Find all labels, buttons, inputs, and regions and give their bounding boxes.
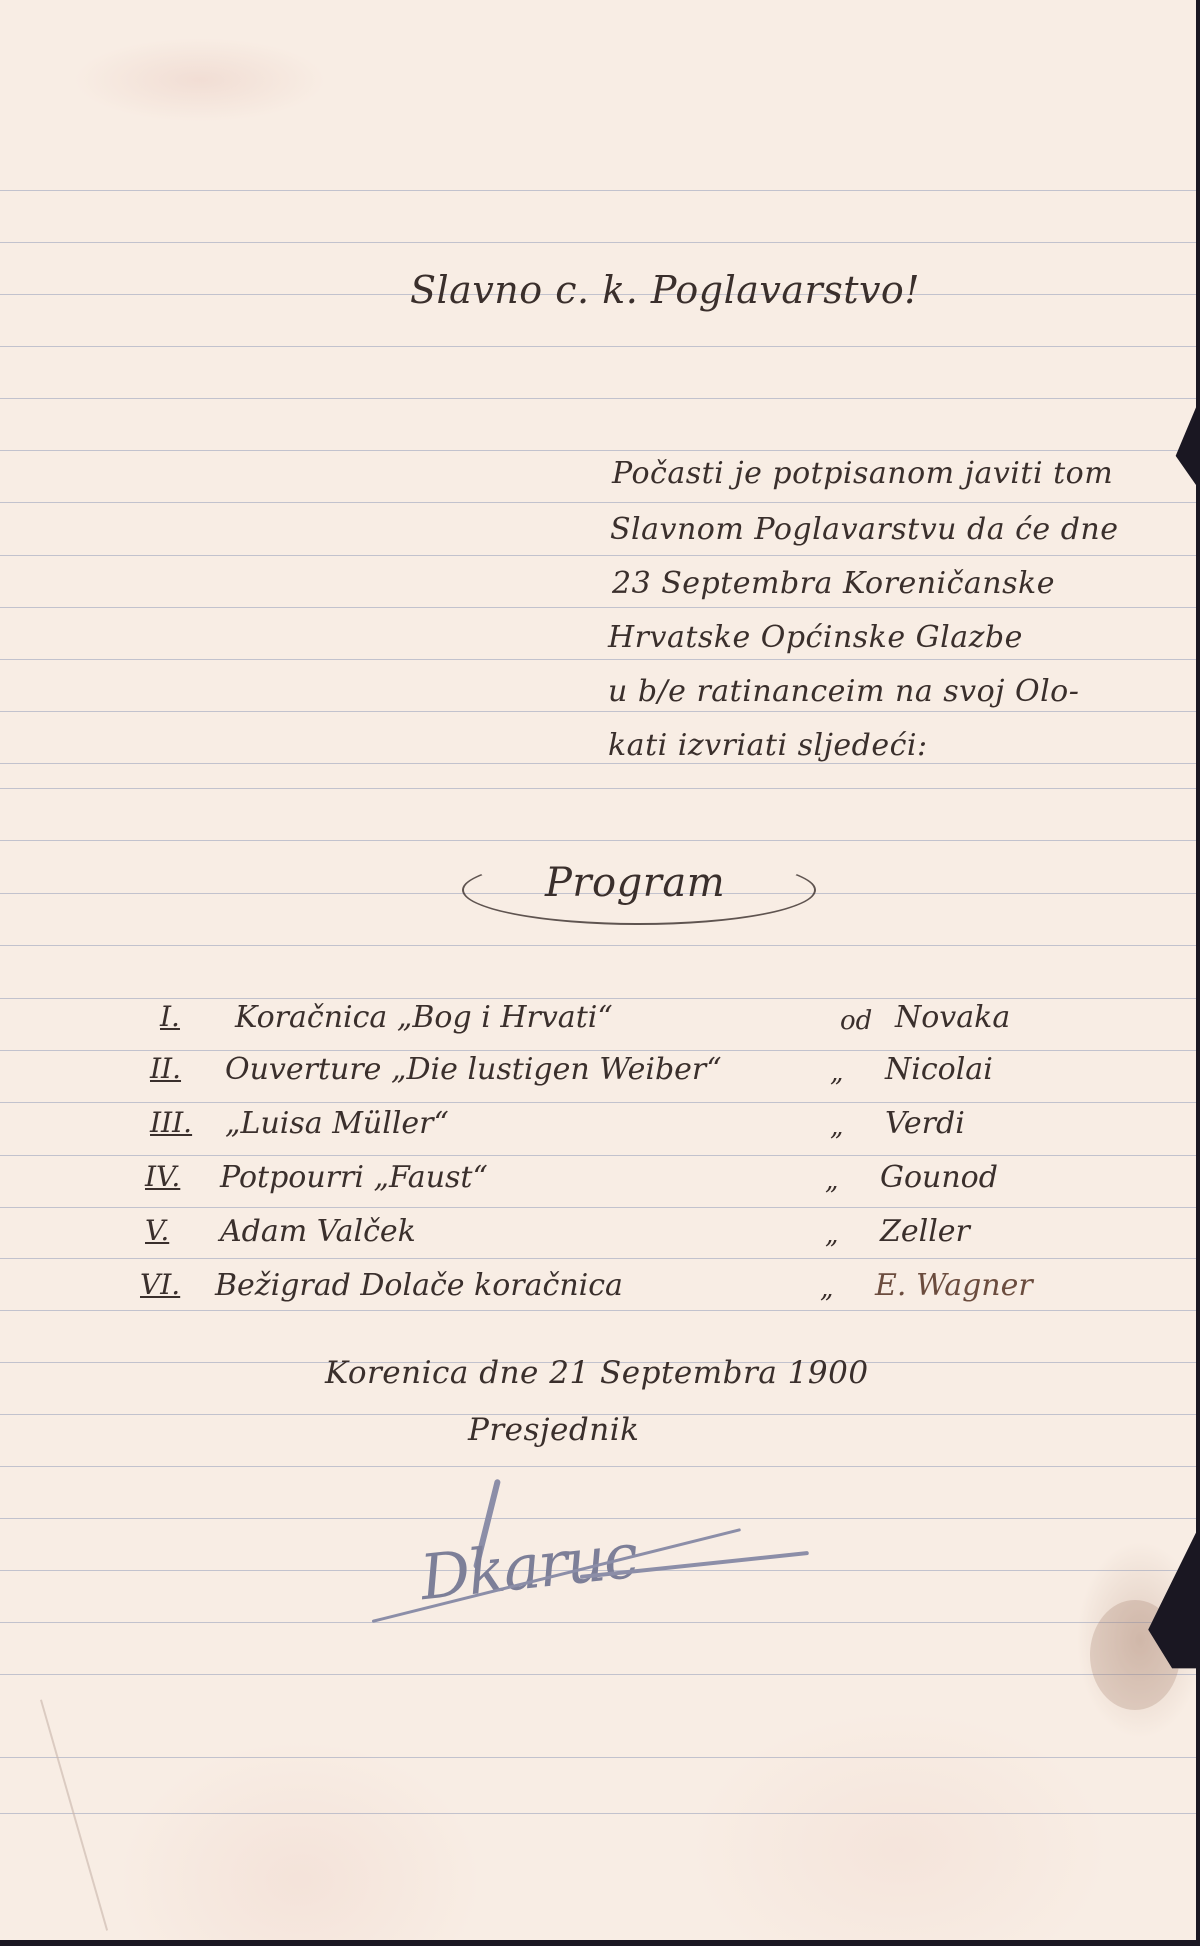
program-item-title: Potpourri „Faust“ (220, 1160, 488, 1195)
program-item-ditto: „ (830, 1058, 843, 1088)
program-item-number: IV. (145, 1160, 180, 1193)
program-item-ditto: „ (820, 1274, 833, 1304)
program-item-title: Adam Valček (220, 1214, 416, 1249)
program-item-title: Ouverture „Die lustigen Weiber“ (225, 1052, 722, 1087)
program-item-title: Koračnica „Bog i Hrvati“ (235, 1000, 613, 1035)
body-line: 23 Septembra Koreničanske (612, 566, 1055, 601)
paper-fold-crease (40, 1699, 108, 1930)
program-item-composer: Novaka (895, 1000, 1010, 1035)
program-item-composer: Nicolai (885, 1052, 993, 1087)
body-line: u b/e ratinanceim na svoj Olo- (608, 674, 1079, 709)
program-title: Program (495, 860, 775, 906)
program-item: V. Adam Valček „ Zeller (145, 1214, 1065, 1266)
damage-stain (1090, 1600, 1180, 1710)
program-item-number: V. (145, 1214, 169, 1247)
program-item-number: II. (150, 1052, 181, 1085)
program-item-number: III. (150, 1106, 192, 1139)
program-item-ditto: „ (830, 1112, 843, 1142)
program-item: II. Ouverture „Die lustigen Weiber“ „ Ni… (150, 1052, 1070, 1104)
body-line: Hrvatske Općinske Glazbe (608, 620, 1023, 655)
program-item-title: „Luisa Müller“ (225, 1106, 449, 1141)
program-item-composer: Gounod (880, 1160, 998, 1195)
program-item-number: I. (160, 1000, 180, 1033)
document-page: Slavno c. k. Poglavarstvo! Počasti je po… (0, 0, 1196, 1940)
program-item-ditto: „ (825, 1220, 838, 1250)
program-item-composer: Zeller (880, 1214, 970, 1249)
salutation: Slavno c. k. Poglavarstvo! (410, 268, 920, 312)
program-item: VI. Bežigrad Dolače koračnica „ E. Wagne… (140, 1268, 1060, 1320)
program-item: IV. Potpourri „Faust“ „ Gounod (145, 1160, 1065, 1212)
program-item-ditto: „ (825, 1166, 838, 1196)
program-item-ditto: od (840, 1006, 872, 1036)
signatory-role: Presjednik (468, 1412, 639, 1448)
body-line: Počasti je potpisanom javiti tom (612, 456, 1113, 491)
body-line: kati izvriati sljedeći: (608, 728, 928, 763)
place-date-line: Korenica dne 21 Septembra 1900 (325, 1355, 869, 1391)
program-item-title: Bežigrad Dolače koračnica (215, 1268, 623, 1303)
program-item-number: VI. (140, 1268, 180, 1301)
program-item-composer: E. Wagner (875, 1268, 1033, 1303)
program-item: I. Koračnica „Bog i Hrvati“ od Novaka (160, 1000, 1080, 1052)
program-item-composer: Verdi (885, 1106, 965, 1141)
body-line: Slavnom Poglavarstvu da će dne (610, 512, 1119, 547)
program-item: III. „Luisa Müller“ „ Verdi (150, 1106, 1070, 1158)
